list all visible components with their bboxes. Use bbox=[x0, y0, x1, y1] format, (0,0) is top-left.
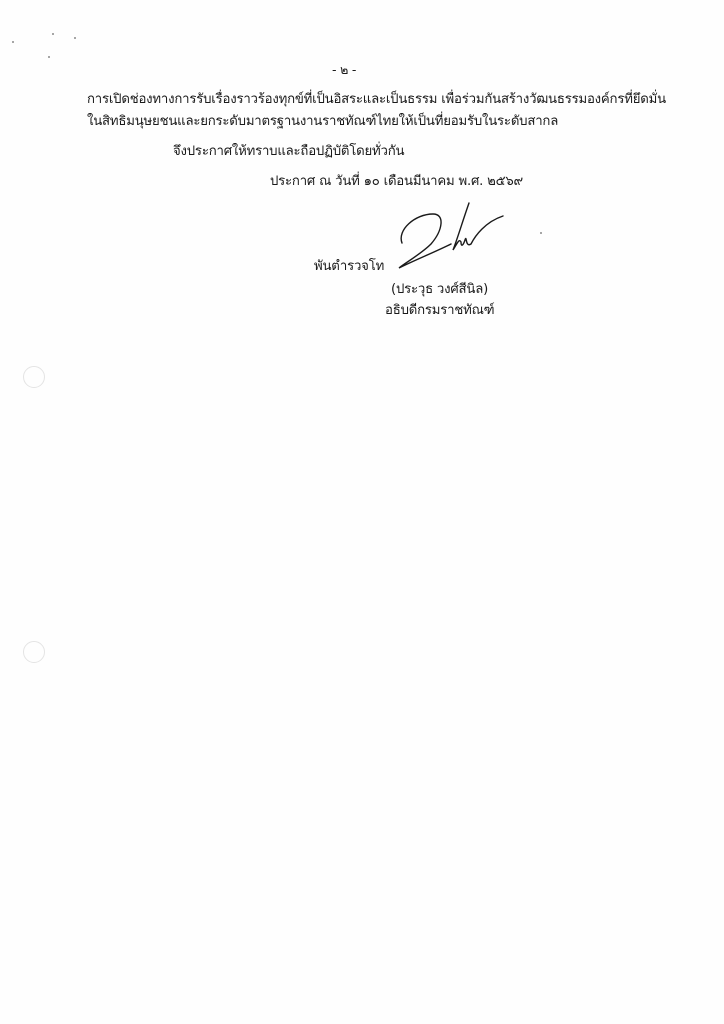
signatory-position: อธิบดีกรมราชทัณฑ์ bbox=[385, 302, 494, 320]
punch-hole bbox=[23, 366, 45, 388]
scan-speck bbox=[74, 37, 76, 39]
signatory-name: (ประวุธ วงศ์สีนิล) bbox=[391, 281, 488, 299]
scan-speck bbox=[540, 232, 542, 234]
punch-hole bbox=[23, 641, 45, 663]
date-line: ประกาศ ณ วันที่ ๑๐ เดือนมีนาคม พ.ศ. ๒๕๖๙ bbox=[270, 173, 523, 191]
paragraph-line-1: การเปิดช่องทางการรับเรื่องราวร้องทุกข์ที… bbox=[87, 91, 666, 109]
scan-speck bbox=[48, 56, 50, 58]
signature-icon bbox=[385, 200, 505, 275]
paragraph-line-2: ในสิทธิมนุษยชนและยกระดับมาตรฐานงานราชทัณ… bbox=[87, 113, 558, 131]
scan-speck bbox=[12, 41, 14, 43]
scan-speck bbox=[52, 33, 54, 35]
page-number: - ๒ - bbox=[332, 61, 356, 79]
signatory-rank: พันตำรวจโท bbox=[314, 258, 384, 276]
document-page: - ๒ - การเปิดช่องทางการรับเรื่องราวร้องท… bbox=[0, 0, 724, 1024]
announcement-line: จึงประกาศให้ทราบและถือปฏิบัติโดยทั่วกัน bbox=[173, 143, 404, 161]
